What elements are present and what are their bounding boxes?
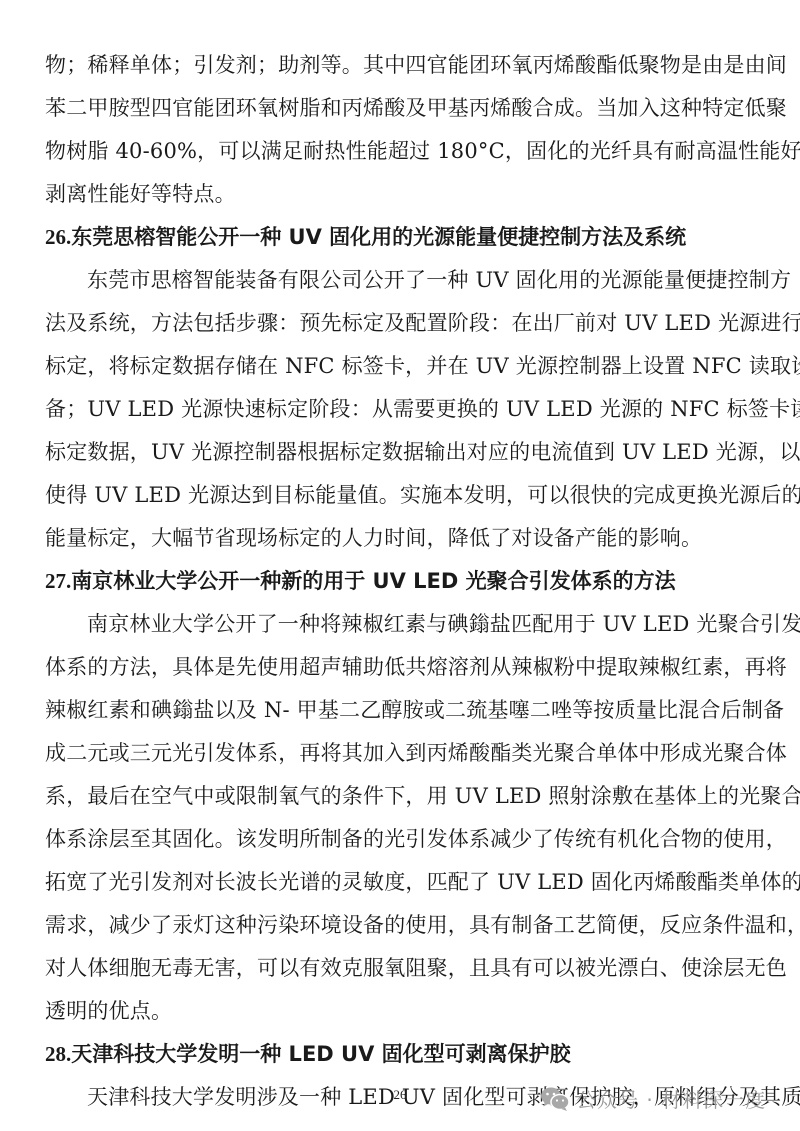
text-line: 辣椒红素和碘鎓盐以及 N- 甲基二乙醇胺或二巯基噻二唑等按质量比混合后制备 — [45, 689, 757, 732]
text-line: 需求，减少了汞灯这种污染环境设备的使用，具有制备工艺简便，反应条件温和， — [45, 904, 757, 947]
text-line: 南京林业大学公开了一种将辣椒红素与碘鎓盐匹配用于 UV LED 光聚合引发 — [45, 603, 757, 646]
text-line: 成二元或三元光引发体系，再将其加入到丙烯酸酯类光聚合单体中形成光聚合体 — [45, 732, 757, 775]
section-title: 天津科技大学发明一种 LED UV 固化型可剥离保护胶 — [71, 1042, 570, 1066]
section-title: 南京林业大学公开一种新的用于 UV LED 光聚合引发体系的方法 — [71, 569, 675, 593]
text-line: 东莞市思榕智能装备有限公司公开了一种 UV 固化用的光源能量便捷控制方 — [45, 259, 757, 302]
text-line: 剥离性能好等特点。 — [45, 173, 757, 216]
section-title: 东莞思榕智能公开一种 UV 固化用的光源能量便捷控制方法及系统 — [71, 225, 686, 249]
text-line: 体系涂层至其固化。该发明所制备的光引发体系减少了传统有机化合物的使用， — [45, 818, 757, 861]
text-line: 苯二甲胺型四官能团环氧树脂和丙烯酸及甲基丙烯酸合成。当加入这种特定低聚 — [45, 87, 757, 130]
intro-paragraph: 物；稀释单体；引发剂；助剂等。其中四官能团环氧丙烯酸酯低聚物是由是由间 苯二甲胺… — [45, 44, 757, 216]
section-heading: 28.天津科技大学发明一种 LED UV 固化型可剥离保护胶 — [45, 1033, 757, 1076]
section-27: 27.南京林业大学公开一种新的用于 UV LED 光聚合引发体系的方法 南京林业… — [45, 560, 757, 1033]
text-line: 物树脂 40-60%，可以满足耐热性能超过 180°C，固化的光纤具有耐高温性能… — [45, 130, 757, 173]
text-line: 拓宽了光引发剂对长波长光谱的灵敏度，匹配了 UV LED 固化丙烯酸酯类单体的 — [45, 861, 757, 904]
text-line: 法及系统，方法包括步骤：预先标定及配置阶段：在出厂前对 UV LED 光源进行 — [45, 302, 757, 345]
text-line: 标定，将标定数据存储在 NFC 标签卡，并在 UV 光源控制器上设置 NFC 读… — [45, 345, 757, 388]
text-line: 系，最后在空气中或限制氧气的条件下，用 UV LED 照射涂敷在基体上的光聚合 — [45, 775, 757, 818]
text-line: 能量标定，大幅节省现场标定的人力时间，降低了对设备产能的影响。 — [45, 517, 757, 560]
section-heading: 26.东莞思榕智能公开一种 UV 固化用的光源能量便捷控制方法及系统 — [45, 216, 757, 259]
text-line: 对人体细胞无毒无害，可以有效克服氧阻聚，且具有可以被光漂白、使涂层无色 — [45, 947, 757, 990]
watermark-text: 公众号 · 材料深一度 — [576, 1084, 766, 1113]
wechat-icon — [540, 1086, 570, 1112]
watermark: 公众号 · 材料深一度 — [540, 1084, 766, 1113]
section-heading: 27.南京林业大学公开一种新的用于 UV LED 光聚合引发体系的方法 — [45, 560, 757, 603]
text-line: 物；稀释单体；引发剂；助剂等。其中四官能团环氧丙烯酸酯低聚物是由是由间 — [45, 44, 757, 87]
text-line: 体系的方法，具体是先使用超声辅助低共熔溶剂从辣椒粉中提取辣椒红素，再将 — [45, 646, 757, 689]
text-line: 使得 UV LED 光源达到目标能量值。实施本发明，可以很快的完成更换光源后的 — [45, 474, 757, 517]
text-line: 透明的优点。 — [45, 990, 757, 1033]
section-number: 28. — [45, 1042, 71, 1066]
section-26: 26.东莞思榕智能公开一种 UV 固化用的光源能量便捷控制方法及系统 东莞市思榕… — [45, 216, 757, 560]
text-line: 标定数据，UV 光源控制器根据标定数据输出对应的电流值到 UV LED 光源，以 — [45, 431, 757, 474]
text-line: 备；UV LED 光源快速标定阶段：从需要更换的 UV LED 光源的 NFC … — [45, 388, 757, 431]
section-number: 26. — [45, 225, 71, 249]
document-page: 物；稀释单体；引发剂；助剂等。其中四官能团环氧丙烯酸酯低聚物是由是由间 苯二甲胺… — [45, 44, 757, 1119]
section-number: 27. — [45, 569, 71, 593]
